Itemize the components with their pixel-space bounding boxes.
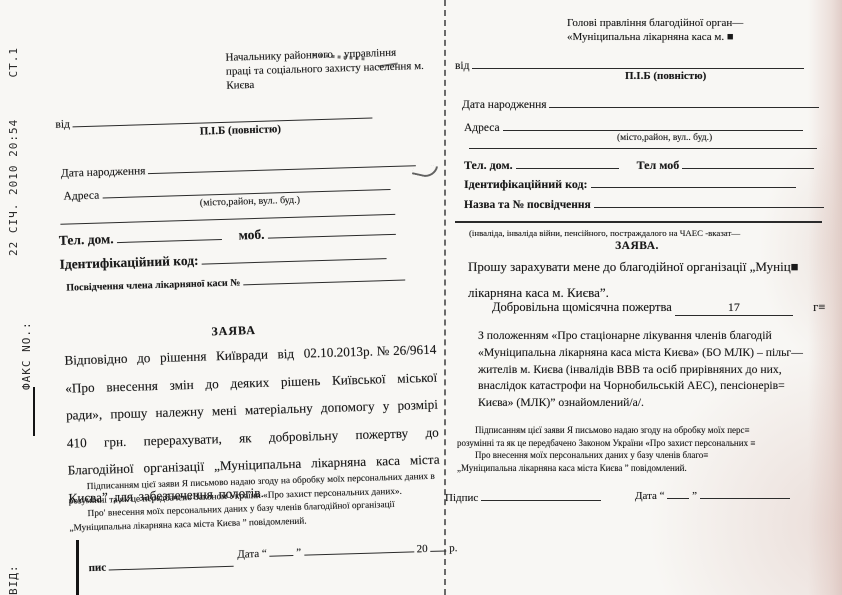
- address-field: [503, 119, 803, 131]
- certificate-field: [594, 196, 824, 208]
- phone-mobile-label: моб.: [238, 227, 264, 243]
- from-field: [472, 57, 804, 69]
- date-month-field: [700, 487, 790, 499]
- donation-row: Добровільна щомісячна пожертва 17 г≡: [492, 300, 825, 316]
- tax-id-label: Ідентифікаційний код:: [464, 177, 588, 191]
- address-label: Адреса: [63, 190, 99, 203]
- date-close-quote: ”: [296, 547, 301, 559]
- signature-row: пис: [88, 555, 234, 574]
- fullname-hint: П.І.Б (повністю): [625, 70, 706, 82]
- date-year-field: [430, 539, 446, 551]
- membership-card-row: Посвідчення члена лікарняної каси №: [66, 269, 405, 294]
- statement-title: ЗАЯВА.: [467, 240, 807, 252]
- date-label: Дата “: [635, 490, 665, 502]
- consent-paragraph: Підписанням цієї заяви Я письмово надаю …: [68, 471, 443, 536]
- phone-home-field: [516, 157, 619, 169]
- birthdate-label: Дата народження: [462, 99, 547, 111]
- date-close-quote: ”: [692, 490, 697, 502]
- from-label: від: [55, 118, 70, 130]
- address-field-line2: [60, 214, 395, 225]
- phone-mobile-field: [682, 157, 814, 169]
- tax-id-label: Ідентифікаційний код:: [59, 253, 198, 272]
- fax-number-label: ФАКС NO.:: [20, 321, 33, 390]
- fax-scan: 22 СІЧ. 2010 20:54 СТ.1 ФАКС NO.: ВІД: Н…: [0, 0, 842, 595]
- address-row: Адреса: [464, 119, 803, 134]
- fax-timestamp-text: 22 СІЧ. 2010 20:54: [7, 119, 20, 256]
- birthdate-label: Дата народження: [61, 165, 146, 180]
- recipient-block: Начальнику районного управління праці та…: [225, 45, 434, 93]
- phone-mobile-field: [268, 223, 396, 239]
- tax-id-field: [202, 247, 387, 264]
- donation-label: Добровільна щомісячна пожертва: [492, 300, 672, 314]
- consent-paragraph: Підписанням цієї заяви Я письмово надаю …: [457, 424, 831, 474]
- address-hint: (місто,район, вул.. буд.): [617, 133, 712, 143]
- from-label: від: [455, 60, 469, 72]
- phones-row: Тел. дом. Тел моб: [464, 157, 814, 173]
- category-hint: (інваліда, інваліда війни, пенсійного, п…: [469, 228, 740, 238]
- signature-label: пис: [88, 562, 106, 575]
- donation-currency: г≡: [813, 300, 825, 314]
- signature-field: [109, 555, 234, 571]
- margin-mark-line: [33, 387, 35, 436]
- phone-home-field: [117, 228, 222, 243]
- regulation-paragraph: З положенням «Про стаціонарне лікування …: [478, 328, 828, 412]
- address-hint: (місто,район, вул.. буд.): [200, 195, 300, 209]
- tax-id-row: Ідентифікаційний код:: [464, 176, 796, 192]
- date-year-prefix: 20: [416, 543, 427, 555]
- recipient-block: Голові правління благодійної орган— «Мун…: [567, 17, 829, 44]
- membership-card-label: Посвідчення члена лікарняної каси №: [66, 277, 240, 293]
- date-day-field: [667, 487, 689, 499]
- right-form-page: Голові правління благодійної орган— «Мун…: [447, 0, 842, 595]
- fax-page-indicator: СТ.1: [7, 47, 20, 78]
- phones-row: Тел. дом. моб.: [59, 223, 396, 249]
- tax-id-row: Ідентифікаційний код:: [59, 247, 387, 273]
- certificate-row: Назва та № посвідчення: [464, 196, 824, 211]
- request-paragraph: Прошу зарахувати мене до благодійної орг…: [468, 254, 830, 306]
- fax-from-label: ВІД:: [7, 565, 20, 595]
- birthdate-row: Дата народження: [61, 154, 417, 180]
- date-row: Дата “ ” 20 р.: [237, 539, 458, 561]
- birthdate-field: [148, 154, 416, 174]
- phone-home-label: Тел. дом.: [464, 158, 513, 172]
- section-divider-line: [455, 221, 822, 223]
- date-day-field: [269, 544, 293, 557]
- signature-field: [481, 489, 601, 501]
- address-field-line2: [469, 148, 817, 149]
- phone-mobile-label: Тел моб: [637, 158, 680, 172]
- certificate-label: Назва та № посвідчення: [464, 199, 591, 211]
- date-row: Дата “ ”: [635, 487, 790, 502]
- date-label: Дата “: [237, 548, 267, 561]
- fullname-hint: П.І.Б (повністю): [200, 123, 282, 137]
- left-form-page: Начальнику районного управління праці та…: [47, 20, 466, 595]
- phone-home-label: Тел. дом.: [59, 231, 114, 248]
- membership-card-field: [243, 269, 405, 286]
- signature-row: Підпис: [445, 489, 601, 504]
- signature-label: Підпис: [445, 492, 478, 504]
- birthdate-row: Дата народження: [462, 96, 819, 111]
- date-month-field: [304, 540, 414, 555]
- fax-timestamp: 22 СІЧ. 2010 20:54 СТ.1: [7, 47, 20, 256]
- birthdate-field: [549, 96, 819, 108]
- address-label: Адреса: [464, 122, 500, 134]
- tax-id-field: [591, 176, 796, 188]
- donation-amount-field: 17: [675, 300, 793, 316]
